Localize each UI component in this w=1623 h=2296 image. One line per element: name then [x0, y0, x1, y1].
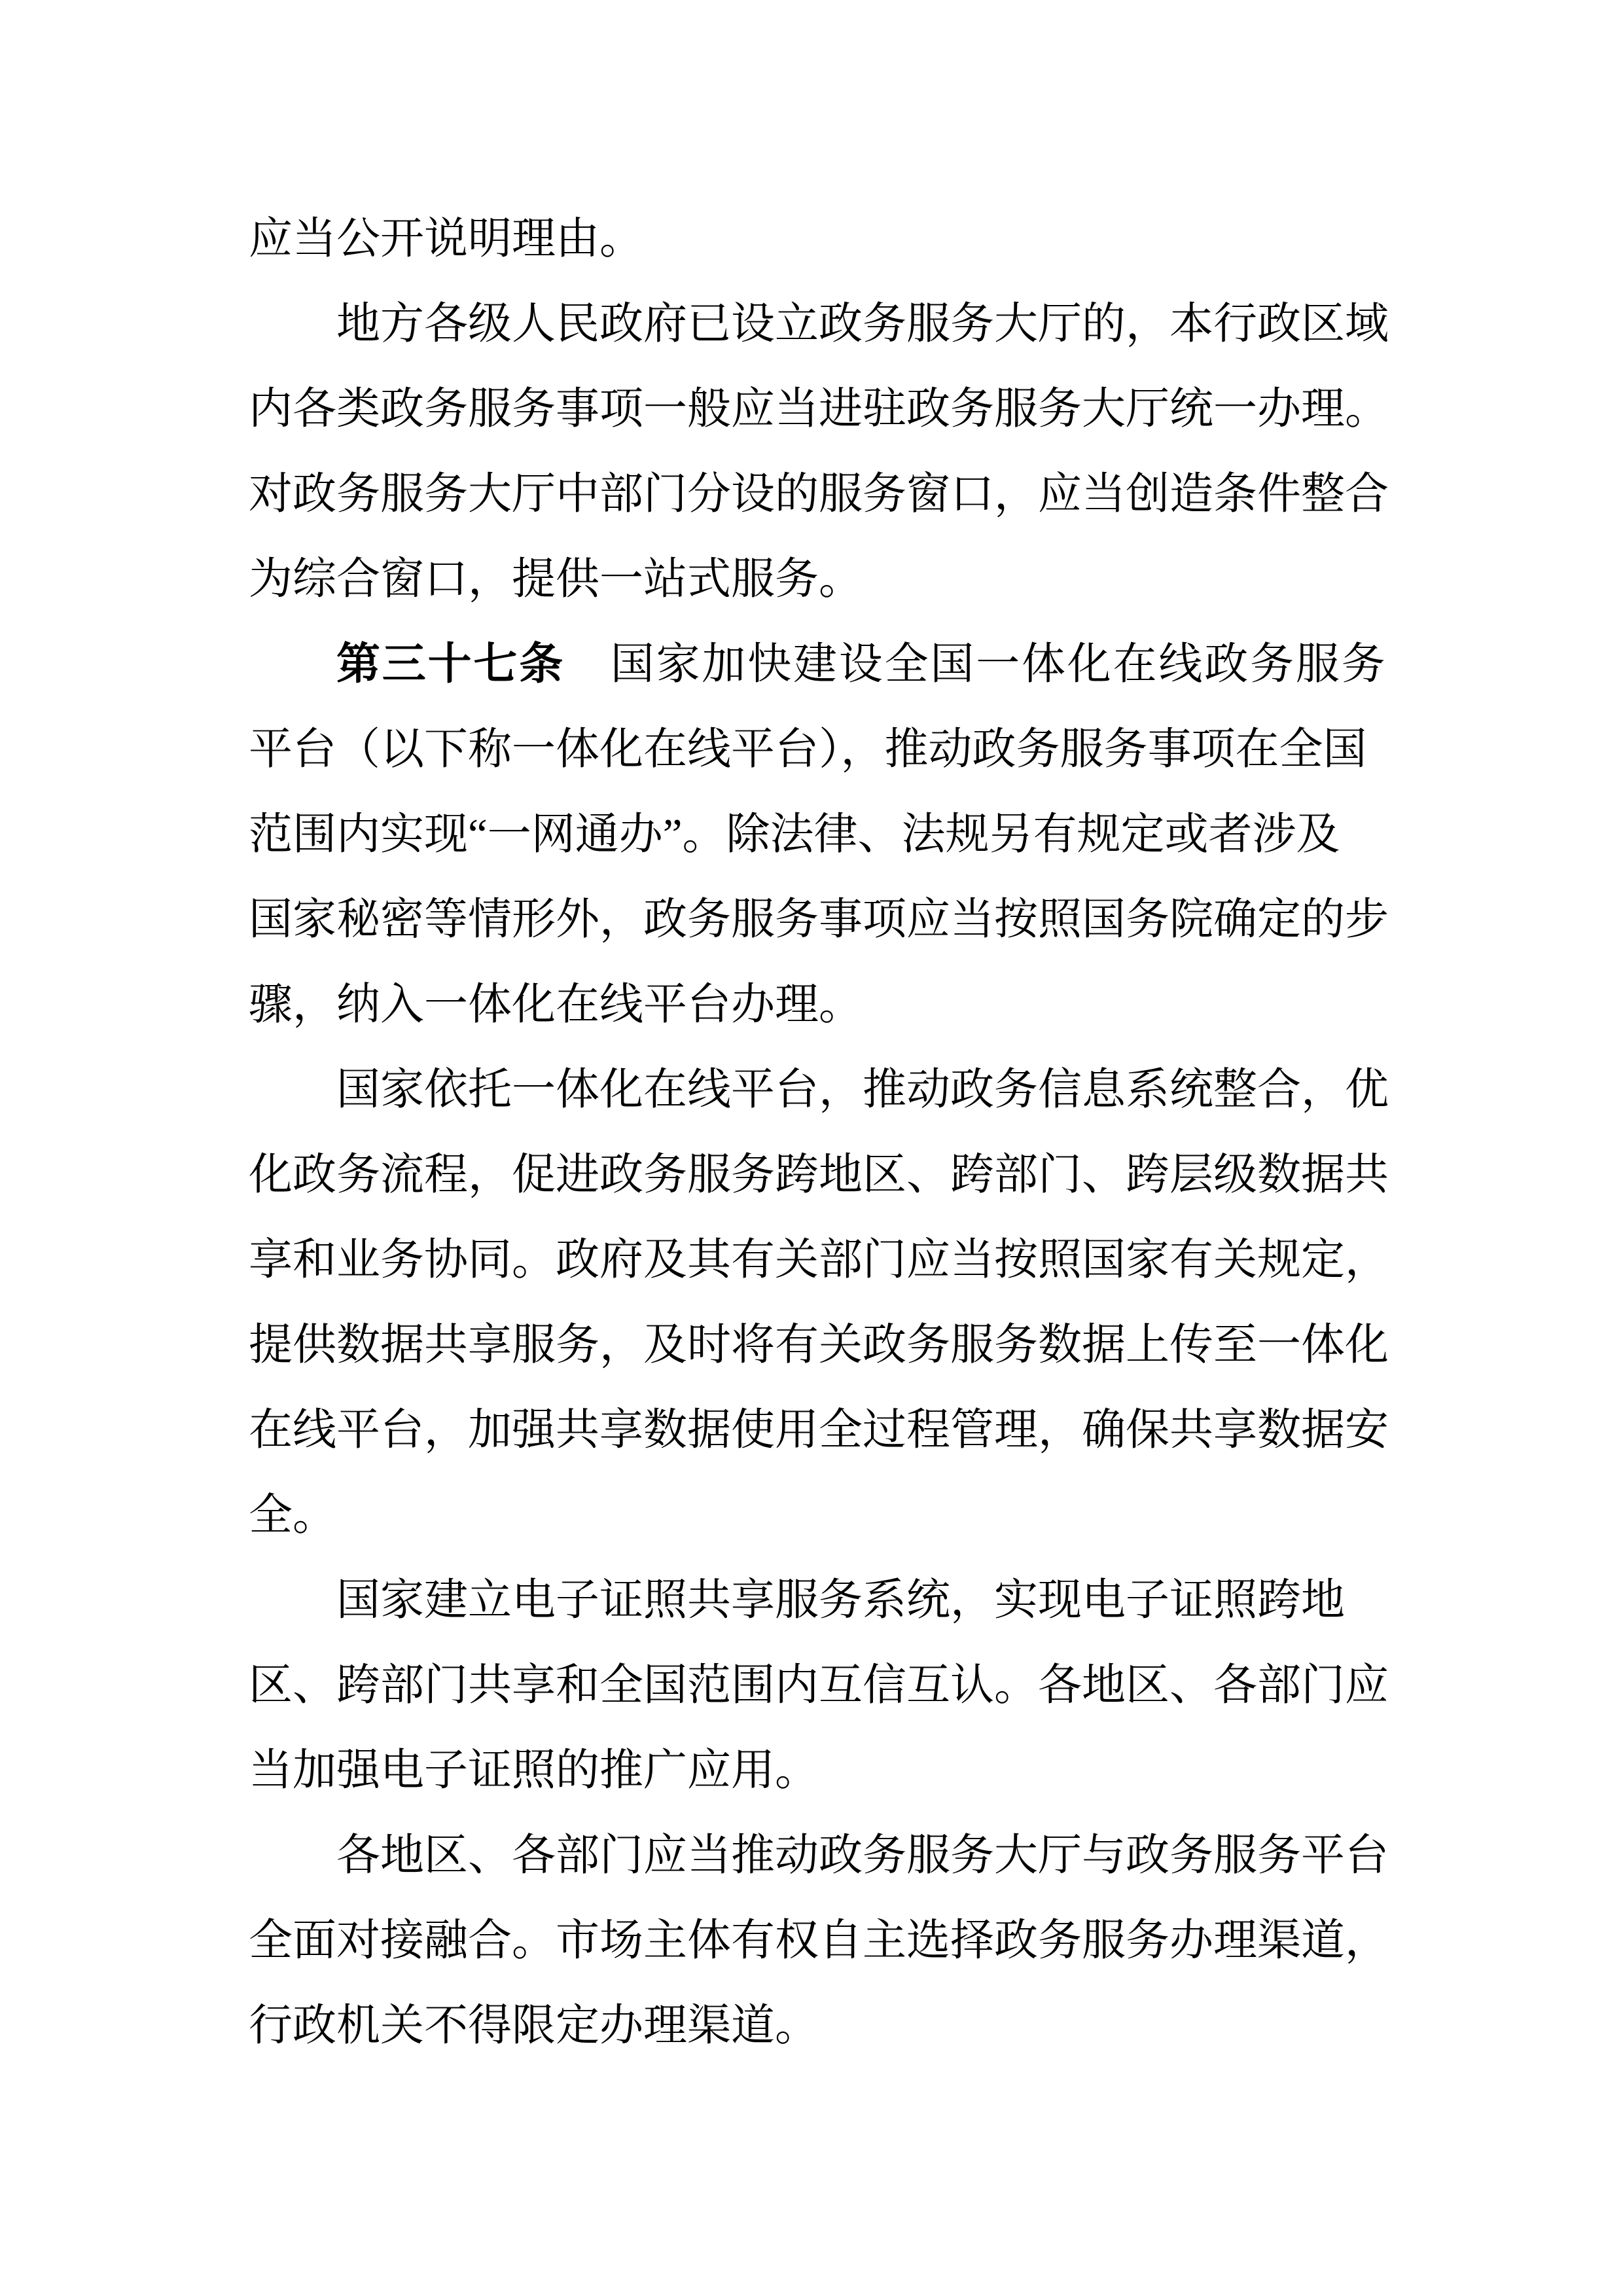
article-number: 第三十七条	[336, 640, 565, 689]
line-text: 化政务流程，促进政务服务跨地区、跨部门、跨层级数据共	[249, 1151, 1389, 1199]
document-line: 在线平台，加强共享数据使用全过程管理，确保共享数据安	[249, 1388, 1389, 1473]
line-text: 对政务服务大厅中部门分设的服务窗口，应当创造条件整合	[249, 470, 1389, 518]
document-line: 为综合窗口，提供一站式服务。	[249, 537, 1389, 622]
document-line: 当加强电子证照的推广应用。	[249, 1728, 1389, 1813]
line-text: 范围内实现“一网通办”。除法律、法规另有规定或者涉及	[249, 810, 1340, 859]
document-line: 全面对接融合。市场主体有权自主选择政务服务办理渠道，	[249, 1898, 1389, 1983]
line-text: 全面对接融合。市场主体有权自主选择政务服务办理渠道，	[249, 1916, 1389, 1965]
line-text: 为综合窗口，提供一站式服务。	[249, 555, 863, 603]
line-text: 内各类政务服务事项一般应当进驻政务服务大厅统一办理。	[249, 385, 1389, 433]
document-line: 国家秘密等情形外，政务服务事项应当按照国务院确定的步	[249, 877, 1389, 962]
document-line: 内各类政务服务事项一般应当进驻政务服务大厅统一办理。	[249, 367, 1389, 452]
line-text: 平台（以下称一体化在线平台），推动政务服务事项在全国	[249, 725, 1367, 774]
line-text: 各地区、各部门应当推动政务服务大厅与政务服务平台	[336, 1831, 1389, 1880]
line-text: 提供数据共享服务，及时将有关政务服务数据上传至一体化	[249, 1321, 1389, 1369]
document-line: 范围内实现“一网通办”。除法律、法规另有规定或者涉及	[249, 792, 1389, 877]
document-line: 平台（以下称一体化在线平台），推动政务服务事项在全国	[249, 707, 1389, 792]
line-text: 行政机关不得限定办理渠道。	[249, 2001, 819, 2050]
line-text: 应当公开说明理由。	[249, 215, 643, 263]
document-line: 第三十七条 国家加快建设全国一体化在线政务服务	[249, 622, 1389, 707]
line-text: 骤，纳入一体化在线平台办理。	[249, 980, 863, 1029]
line-text: 国家秘密等情形外，政务服务事项应当按照国务院确定的步	[249, 895, 1389, 944]
document-line: 骤，纳入一体化在线平台办理。	[249, 962, 1389, 1047]
document-line: 行政机关不得限定办理渠道。	[249, 1983, 1389, 2068]
line-text: 国家建立电子证照共享服务系统，实现电子证照跨地	[336, 1576, 1345, 1624]
document-line: 区、跨部门共享和全国范围内互信互认。各地区、各部门应	[249, 1643, 1389, 1728]
document-line: 提供数据共享服务，及时将有关政务服务数据上传至一体化	[249, 1302, 1389, 1388]
page: 应当公开说明理由。地方各级人民政府已设立政务服务大厅的，本行政区域内各类政务服务…	[0, 0, 1623, 2296]
document-line: 化政务流程，促进政务服务跨地区、跨部门、跨层级数据共	[249, 1132, 1389, 1217]
line-text: 享和业务协同。政府及其有关部门应当按照国家有关规定，	[249, 1236, 1389, 1284]
line-text: 国家依托一体化在线平台，推动政务信息系统整合，优	[336, 1066, 1389, 1114]
line-text: 国家加快建设全国一体化在线政务服务	[565, 640, 1387, 689]
line-text: 在线平台，加强共享数据使用全过程管理，确保共享数据安	[249, 1406, 1389, 1454]
document-line: 各地区、各部门应当推动政务服务大厅与政务服务平台	[249, 1813, 1389, 1898]
document-line: 应当公开说明理由。	[249, 196, 1389, 281]
document-line: 国家建立电子证照共享服务系统，实现电子证照跨地	[249, 1558, 1389, 1643]
document-line: 享和业务协同。政府及其有关部门应当按照国家有关规定，	[249, 1217, 1389, 1302]
line-text: 区、跨部门共享和全国范围内互信互认。各地区、各部门应	[249, 1661, 1389, 1710]
document-line: 地方各级人民政府已设立政务服务大厅的，本行政区域	[249, 281, 1389, 367]
line-text: 全。	[249, 1491, 336, 1539]
document-line: 国家依托一体化在线平台，推动政务信息系统整合，优	[249, 1047, 1389, 1132]
line-text: 当加强电子证照的推广应用。	[249, 1746, 819, 1795]
document-line: 全。	[249, 1473, 1389, 1558]
line-text: 地方各级人民政府已设立政务服务大厅的，本行政区域	[336, 300, 1389, 348]
document-line: 对政务服务大厅中部门分设的服务窗口，应当创造条件整合	[249, 452, 1389, 537]
document-page: 应当公开说明理由。地方各级人民政府已设立政务服务大厅的，本行政区域内各类政务服务…	[249, 196, 1389, 2068]
